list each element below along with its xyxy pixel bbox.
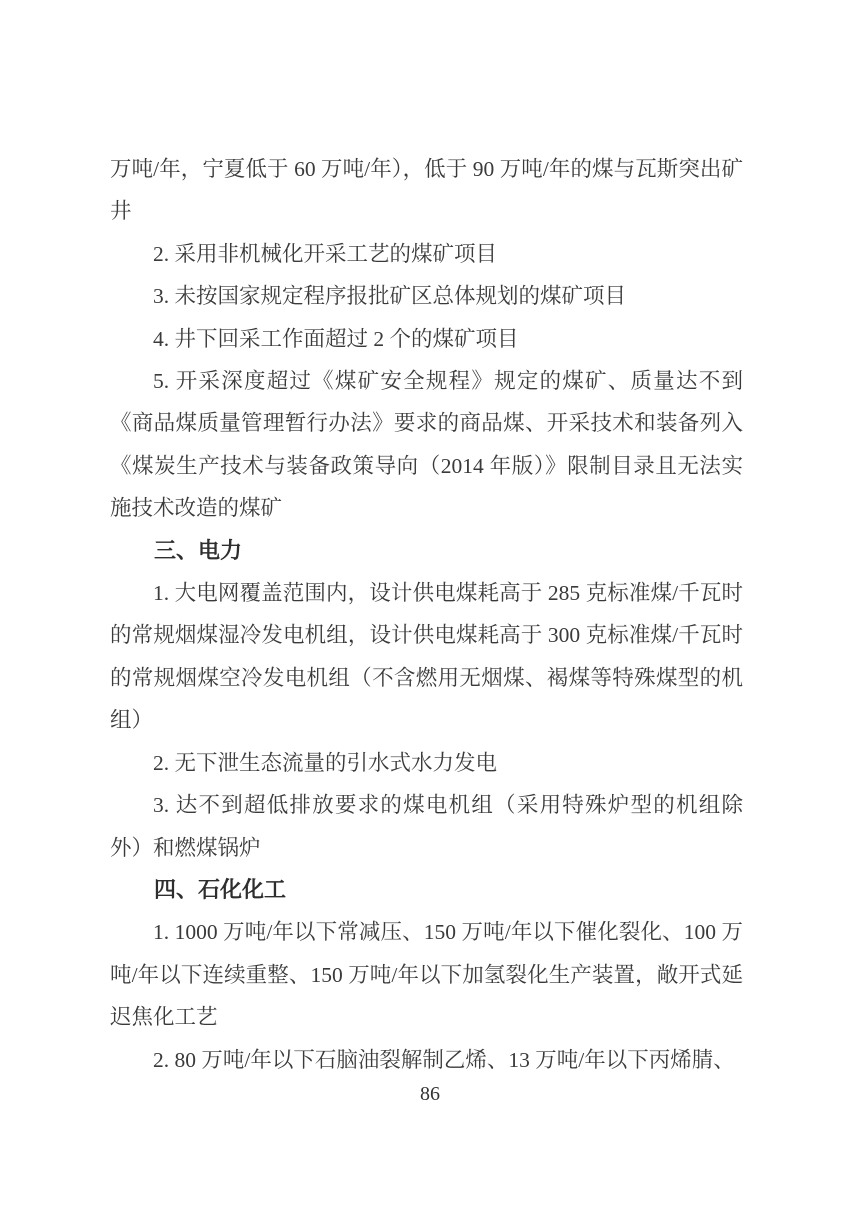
list-item-petrochemical-1: 1. 1000 万吨/年以下常减压、150 万吨/年以下催化裂化、100 万吨/… — [110, 911, 743, 1038]
list-item-coal-5: 5. 开采深度超过《煤矿安全规程》规定的煤矿、质量达不到《商品煤质量管理暂行办法… — [110, 360, 743, 530]
list-item-coal-4: 4. 井下回采工作面超过 2 个的煤矿项目 — [110, 318, 743, 360]
list-item-power-1: 1. 大电网覆盖范围内，设计供电煤耗高于 285 克标准煤/千瓦时的常规烟煤湿冷… — [110, 572, 743, 742]
document-body: 万吨/年，宁夏低于 60 万吨/年），低于 90 万吨/年的煤与瓦斯突出矿井 2… — [110, 148, 743, 1081]
page-number: 86 — [0, 1080, 860, 1108]
list-item-power-2: 2. 无下泄生态流量的引水式水力发电 — [110, 742, 743, 784]
paragraph-continuation-coal-mine: 万吨/年，宁夏低于 60 万吨/年），低于 90 万吨/年的煤与瓦斯突出矿井 — [110, 148, 743, 233]
section-heading-power: 三、电力 — [110, 530, 743, 572]
section-heading-petrochemical: 四、石化化工 — [110, 869, 743, 911]
list-item-coal-2: 2. 采用非机械化开采工艺的煤矿项目 — [110, 233, 743, 275]
list-item-coal-3: 3. 未按国家规定程序报批矿区总体规划的煤矿项目 — [110, 275, 743, 317]
list-item-petrochemical-2: 2. 80 万吨/年以下石脑油裂解制乙烯、13 万吨/年以下丙烯腈、 — [110, 1039, 743, 1081]
list-item-power-3: 3. 达不到超低排放要求的煤电机组（采用特殊炉型的机组除外）和燃煤锅炉 — [110, 784, 743, 869]
document-page: 万吨/年，宁夏低于 60 万吨/年），低于 90 万吨/年的煤与瓦斯突出矿井 2… — [0, 0, 860, 1216]
